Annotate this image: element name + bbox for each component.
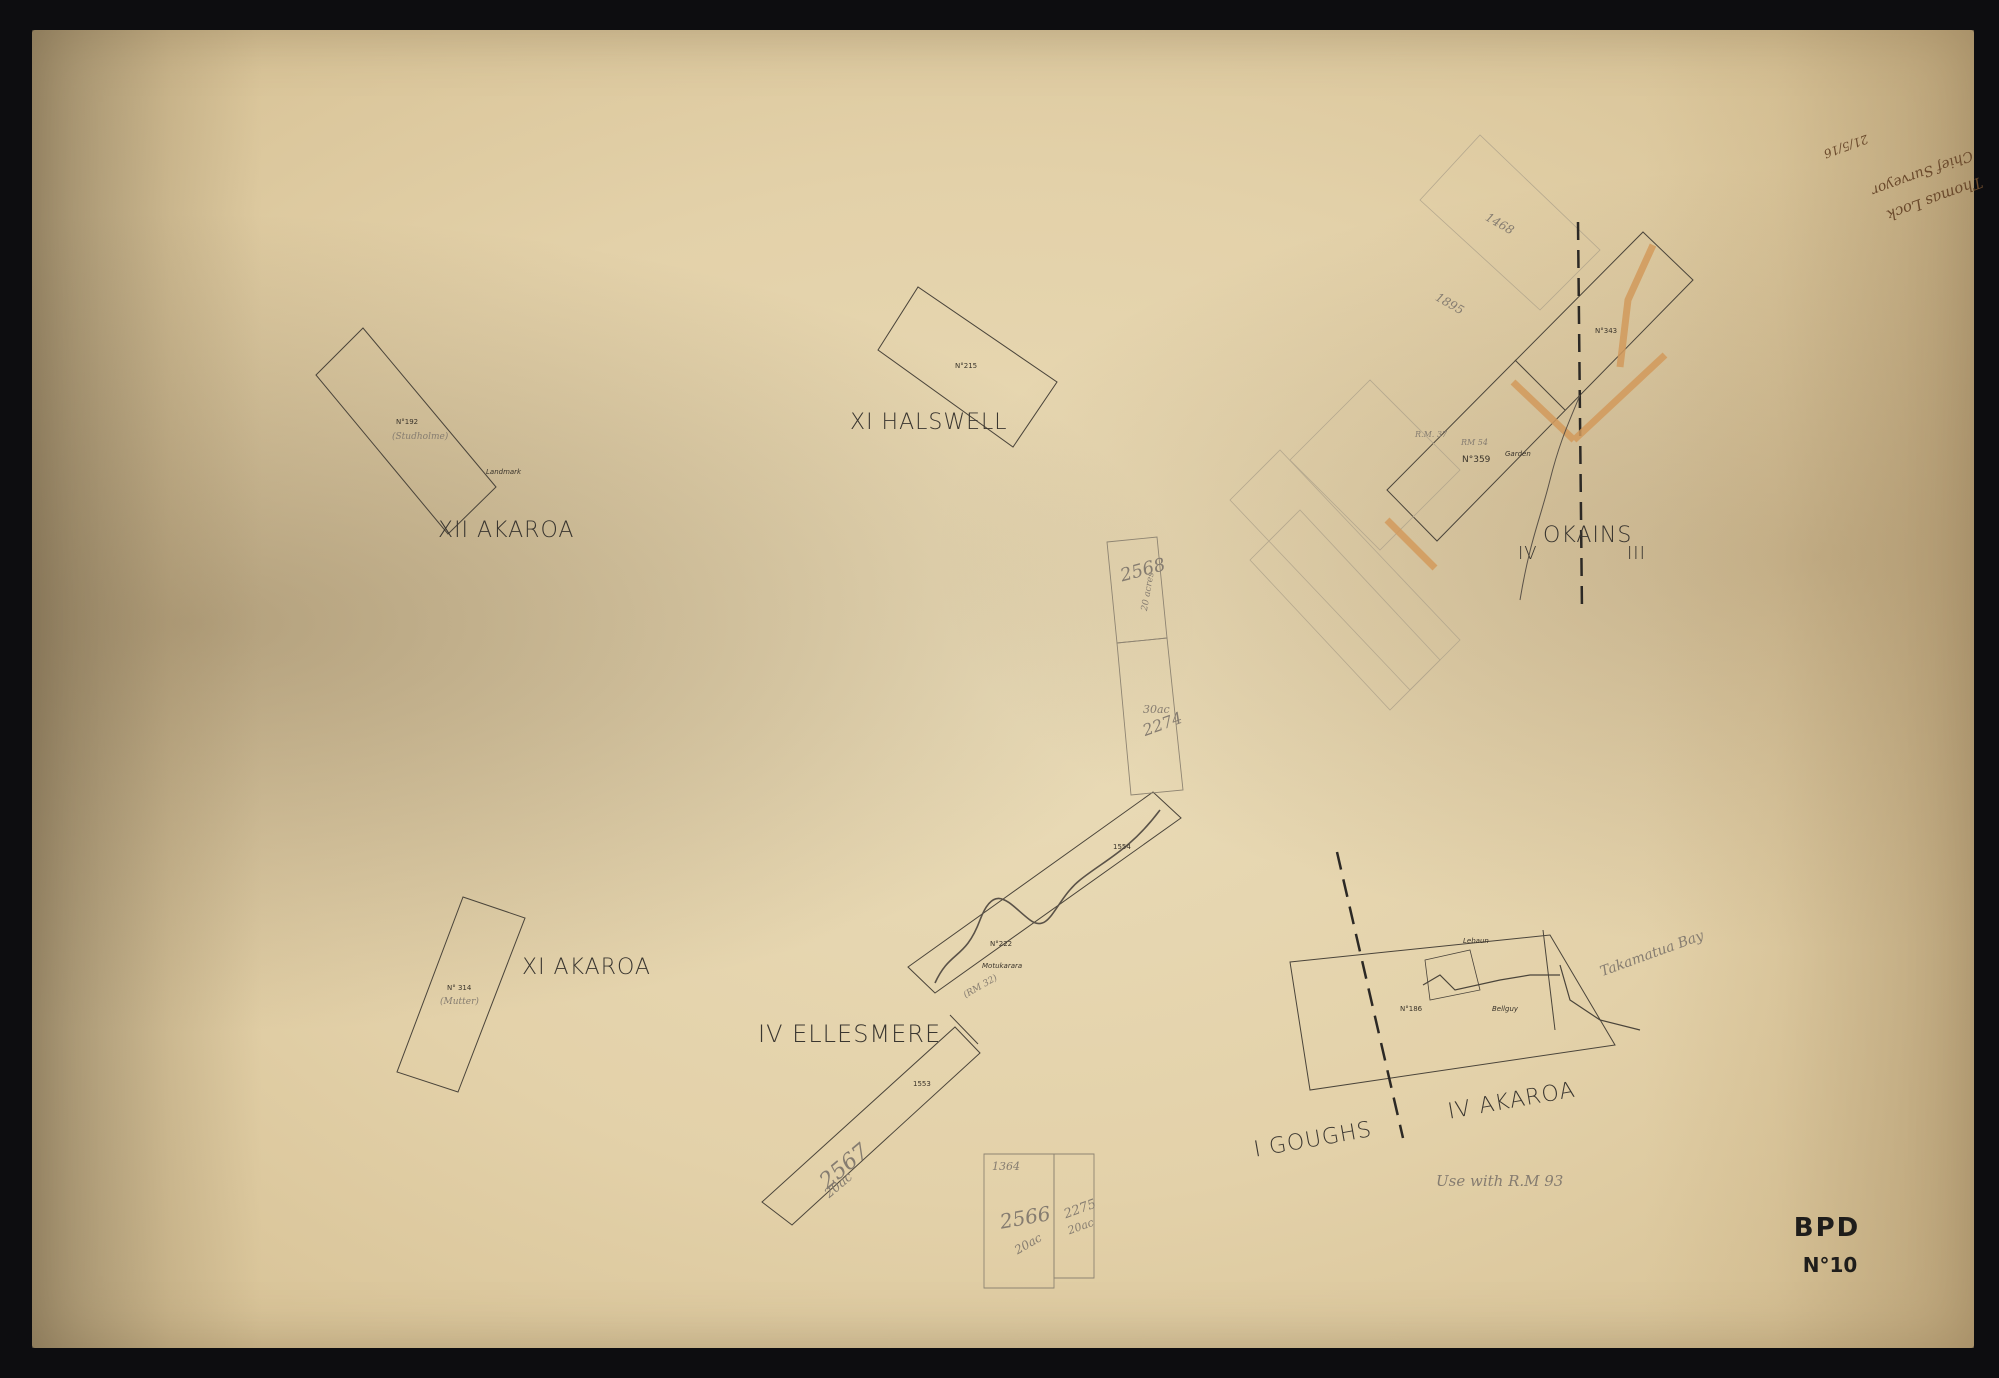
district-okains: OKAINS bbox=[1543, 523, 1632, 548]
motukarara-label: Motukarara bbox=[982, 962, 1022, 970]
sheet-stamp-number: N°10 bbox=[1795, 1253, 1865, 1277]
section-359-ref: R.M. 37 bbox=[1415, 430, 1447, 439]
section-1554-label: 1554 bbox=[1113, 843, 1131, 851]
section-359-note: RM 54 bbox=[1461, 438, 1488, 447]
bellguy-label: Bellguy bbox=[1492, 1005, 1518, 1013]
use-with-note: Use with R.M 93 bbox=[1436, 1172, 1563, 1190]
district-xi-akaroa: XI AKAROA bbox=[522, 955, 651, 980]
district-xii-akaroa: XII AKAROA bbox=[438, 518, 574, 543]
pencil-2274-area: 30ac bbox=[1143, 703, 1170, 716]
boundary-okains bbox=[1578, 222, 1582, 612]
section-314-name: (Mutter) bbox=[440, 997, 479, 1007]
garden-label: Garden bbox=[1505, 450, 1531, 458]
district-okains-iv: IV bbox=[1518, 543, 1538, 564]
section-192-name: (Studholme) bbox=[392, 432, 448, 442]
boundary-goughs-akaroa bbox=[1337, 852, 1403, 1138]
section-222-label: N°222 bbox=[990, 940, 1012, 948]
section-343-label: N°343 bbox=[1595, 327, 1617, 335]
district-xi-halswell: XI HALSWELL bbox=[850, 410, 1008, 435]
parcel-186 bbox=[1290, 935, 1615, 1090]
lebaun-label: Lebaun bbox=[1463, 937, 1489, 945]
pencil-1364: 1364 bbox=[992, 1160, 1020, 1173]
district-okains-iii: III bbox=[1627, 543, 1646, 564]
sheet-stamp-bpd: BPD bbox=[1792, 1213, 1862, 1243]
parcel-192 bbox=[316, 328, 496, 534]
section-186-label: N°186 bbox=[1400, 1005, 1422, 1013]
section-192-label: N°192 bbox=[396, 418, 418, 426]
section-359-label: N°359 bbox=[1462, 455, 1490, 465]
parcel-359-343 bbox=[1387, 232, 1693, 541]
parcel-314 bbox=[397, 897, 525, 1092]
section-215-label: N°215 bbox=[955, 362, 977, 370]
district-iv-ellesmere: IV ELLESMERE bbox=[758, 1020, 941, 1048]
landmark-label: Landmark bbox=[486, 468, 521, 476]
section-1553-label: 1553 bbox=[913, 1080, 931, 1088]
parcel-1553 bbox=[762, 1027, 980, 1225]
section-314-label: N° 314 bbox=[447, 984, 471, 992]
